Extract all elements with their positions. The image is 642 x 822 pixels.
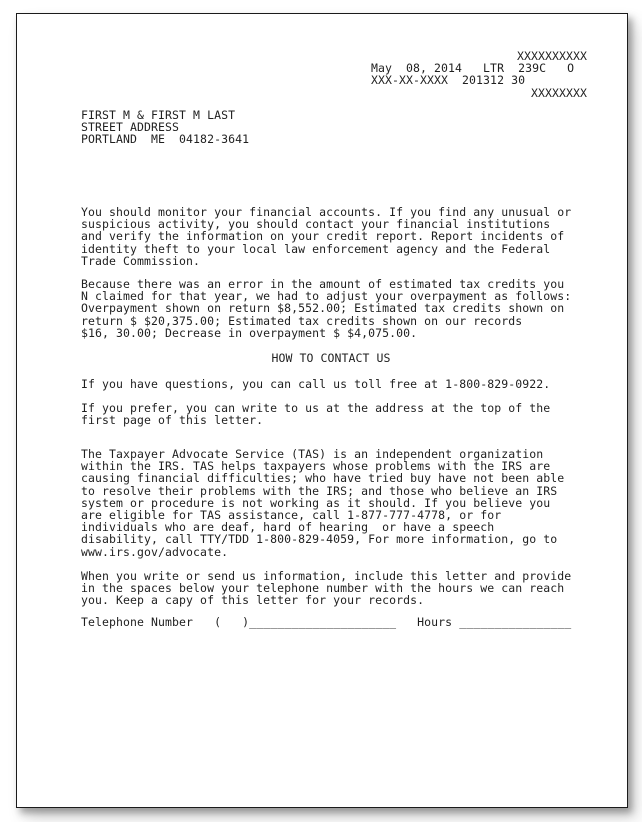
paragraph-call-toll-free: If you have questions, you can call us t… [81, 378, 581, 390]
paragraph-overpayment-adjustment: Because there was an error in the amount… [81, 278, 581, 339]
how-to-contact-us-heading: HOW TO CONTACT US [81, 352, 581, 364]
tin-tax-period-line: XXX-XX-XXXX 201312 30 [371, 74, 525, 86]
letter-sheet: XXXXXXXXXX May 08, 2014 LTR 239C O XXX-X… [16, 13, 628, 808]
paragraph-monitor-accounts: You should monitor your financial accoun… [81, 206, 581, 267]
telephone-hours-fill-in-line: Telephone Number ( )____________________… [81, 616, 581, 628]
recipient-address-block: FIRST M & FIRST M LAST STREET ADDRESS PO… [81, 109, 581, 146]
masked-id-bottom: XXXXXXXX [531, 87, 587, 99]
paragraph-write-to-us: If you prefer, you can write to us at th… [81, 402, 581, 426]
paragraph-when-you-write: When you write or send us information, i… [81, 570, 581, 607]
page-background: XXXXXXXXXX May 08, 2014 LTR 239C O XXX-X… [0, 0, 642, 822]
paragraph-taxpayer-advocate: The Taxpayer Advocate Service (TAS) is a… [81, 448, 581, 558]
